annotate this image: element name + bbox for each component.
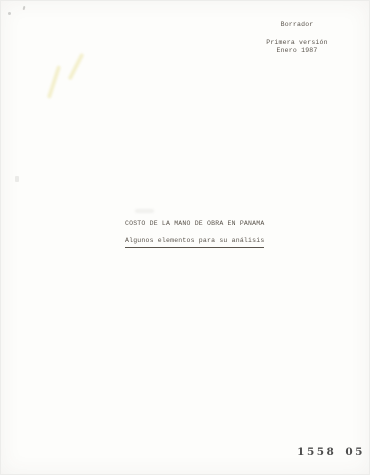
scan-speck (23, 6, 26, 10)
scanned-document-page: Borrador Primera versión Enero 1987 COST… (0, 0, 370, 475)
version-label: Primera versión (249, 39, 345, 48)
pencil-mark (68, 53, 84, 80)
draft-label: Borrador (249, 21, 345, 30)
scan-speck (8, 12, 11, 15)
archive-stamp: 1558 05 (297, 446, 365, 458)
draft-header-block: Borrador Primera versión Enero 1987 (249, 21, 345, 56)
title-block: COSTO DE LA MANO DE OBRA EN PANAMA Algun… (125, 220, 264, 248)
date-label: Enero 1987 (249, 47, 345, 56)
scan-smudge (135, 209, 154, 213)
archive-stamp-left: 1558 (297, 446, 336, 458)
pencil-mark (47, 65, 61, 99)
document-title: COSTO DE LA MANO DE OBRA EN PANAMA (125, 220, 264, 229)
scan-speck (15, 176, 19, 182)
document-subtitle: Algunos elementos para su análisis (125, 237, 264, 248)
archive-stamp-right: 05 (345, 446, 365, 458)
